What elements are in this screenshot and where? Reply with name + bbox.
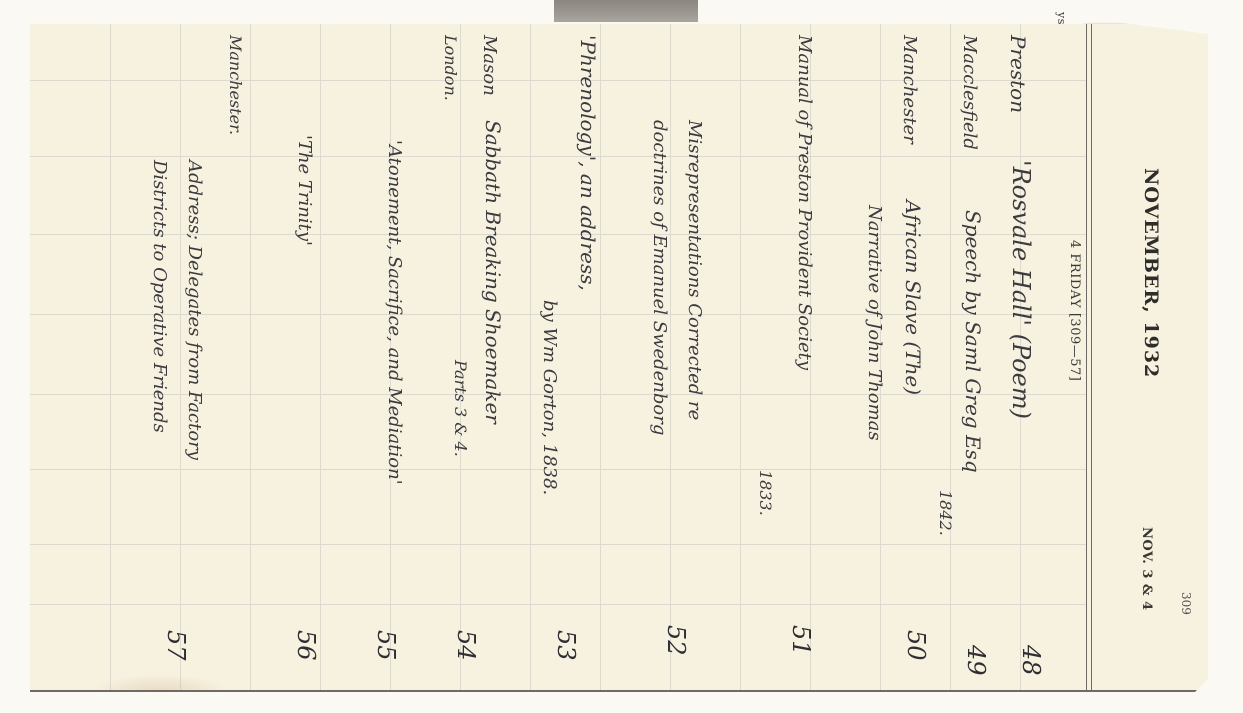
entry-place: Manchester	[899, 35, 920, 144]
entry-continuation: doctrines of Emanuel Swedenborg	[649, 120, 670, 435]
entry-continuation: 1833.	[756, 470, 775, 516]
grid-line	[30, 156, 1086, 157]
entry-number: 50	[902, 630, 930, 661]
entry-place: Manchester.	[226, 35, 245, 135]
grid-line	[30, 80, 1086, 81]
entry-text: Address; Delegates from Factory	[184, 160, 205, 460]
entry-text: 'The Trinity'	[294, 135, 315, 246]
entry-text: Speech by Saml Greg Esq	[961, 210, 985, 473]
entry-text: 'Atonement, Sacrifice, and Mediation'	[384, 140, 405, 485]
entry-number: 55	[372, 630, 400, 661]
entry-number: 52	[662, 625, 690, 656]
entry-continuation: Narrative of John Thomas	[864, 205, 885, 441]
entry-place: Preston	[1006, 35, 1030, 113]
grid-line	[460, 24, 461, 692]
entry-continuation: Districts to Operative Friends	[149, 160, 170, 433]
grid-line	[250, 24, 251, 692]
grid-line	[110, 24, 111, 692]
grid-line	[950, 24, 951, 692]
entry-number: 54	[452, 630, 480, 661]
entry-continuation: by Wm Gorton, 1838.	[539, 300, 560, 495]
grid-line	[530, 24, 531, 692]
grid-line	[30, 604, 1086, 605]
date-range: NOV. 3 & 4	[1139, 527, 1154, 611]
entry-continuation: Parts 3 & 4.	[451, 360, 470, 457]
entry-text: 'Rosvale Hall' (Poem)	[1007, 160, 1035, 419]
entry-number: 51	[787, 625, 815, 656]
grid-line	[670, 24, 671, 692]
binder-clip	[554, 0, 698, 22]
grid-line	[180, 24, 181, 692]
entry-text: Misrepresentations Corrected re	[684, 120, 705, 420]
month-year-heading: NOVEMBER, 1932	[1140, 168, 1162, 378]
grid-line	[600, 24, 601, 692]
page-number: 309	[1179, 592, 1193, 615]
entry-number: 53	[552, 630, 580, 661]
entry-number: 56	[292, 630, 320, 661]
grid-line	[320, 24, 321, 692]
entry-place: Mason	[479, 35, 500, 96]
day-label: 4 FRIDAY [309—57]	[1067, 240, 1082, 381]
entry-number: 48	[1017, 645, 1045, 676]
margin-rule	[1086, 24, 1092, 692]
grid-line	[740, 24, 741, 692]
entry-number: 49	[962, 645, 990, 676]
entry-text: Sabbath Breaking Shoemaker	[481, 120, 505, 424]
entry-text: Manual of Preston Provident Society	[794, 35, 815, 370]
entry-text: 'Phrenology', an address,	[576, 35, 600, 291]
entry-place: Macclesfield	[959, 35, 980, 150]
entry-continuation: 1842.	[936, 490, 955, 536]
grid-line	[30, 544, 1086, 545]
paper-stain	[90, 674, 230, 713]
entry-place: London.	[441, 35, 460, 101]
entry-number: 57	[162, 630, 190, 661]
edge-fragment: ys	[1055, 12, 1068, 25]
entry-text: African Slave (The)	[901, 200, 925, 395]
